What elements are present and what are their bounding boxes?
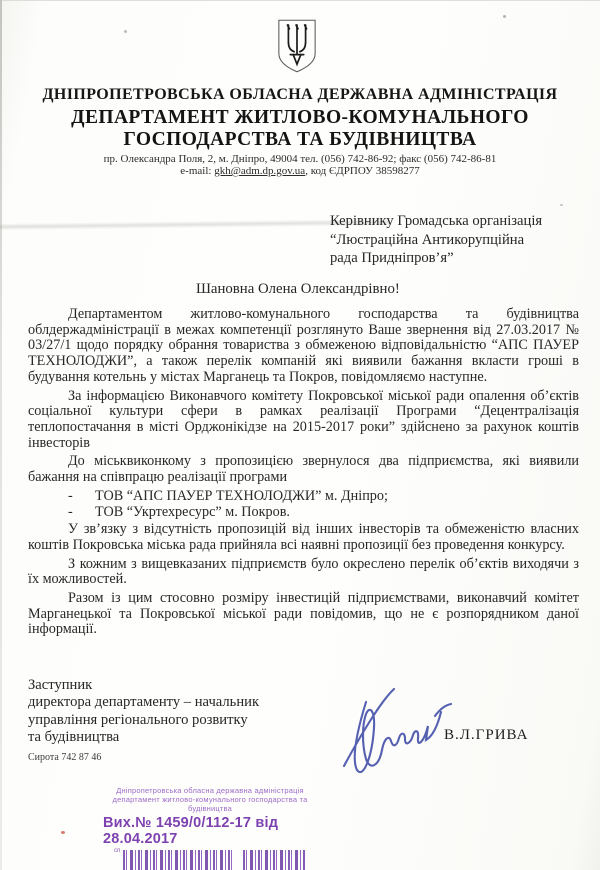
recipient-line: “Люстраційна Антикорупційна bbox=[330, 231, 542, 250]
recipient-block: Керівнику Громадська організація “Люстра… bbox=[330, 212, 542, 268]
recipient-line: рада Придніпров’я” bbox=[330, 249, 542, 268]
list-item-text: ТОВ “Укртехресурс” м. Покров. bbox=[95, 504, 290, 520]
executor-contact: Сирота 742 87 46 bbox=[28, 749, 259, 766]
signer-position-line: директора департаменту – начальник bbox=[28, 694, 259, 711]
barcode-icon bbox=[243, 850, 305, 870]
org-edrpou: , код ЄДРПОУ 38598277 bbox=[305, 165, 420, 177]
list-item: -ТОВ “Укртехресурс” м. Покров. bbox=[28, 505, 579, 521]
barcode-icon bbox=[123, 850, 233, 870]
department-name-line1: ДЕПАРТАМЕНТ ЖИТЛОВО-КОМУНАЛЬНОГО bbox=[0, 107, 600, 129]
body-paragraph: З кожним з вищевказаних підприємств було… bbox=[28, 557, 579, 588]
body-paragraph: Департаментом житлово-комунального госпо… bbox=[28, 307, 579, 386]
scan-edge-top bbox=[0, 0, 600, 1]
scan-speck bbox=[124, 30, 127, 33]
signer-position-line: управління регіонального розвитку bbox=[28, 712, 259, 729]
letter-body: Департаментом житлово-комунального госпо… bbox=[28, 307, 579, 641]
department-name-line2: ГОСПОДАРСТВА ТА БУДІВНИЦТВА bbox=[0, 129, 600, 151]
stamp-barcode-row: сп bbox=[95, 849, 325, 870]
recipient-line: Керівнику Громадська організація bbox=[330, 212, 542, 231]
body-paragraph: Разом із цим стосовно розміру інвестицій… bbox=[28, 591, 579, 638]
list-bullet: - bbox=[68, 489, 95, 505]
org-address-phone: пр. Олександра Поля, 2, м. Дніпро, 49004… bbox=[0, 153, 600, 165]
list-bullet: - bbox=[68, 505, 95, 521]
org-email: gkh@adm.dp.gov.ua bbox=[214, 165, 305, 177]
signer-position-block: Заступник директора департаменту – начал… bbox=[28, 677, 259, 766]
scanned-letter-page: ДНІПРОПЕТРОВСЬКА ОБЛАСНА ДЕРЖАВНА АДМІНІ… bbox=[0, 0, 600, 870]
salutation: Шановна Олена Олександрівно! bbox=[196, 281, 400, 298]
body-paragraph: У зв’язку з відсутність пропозицій від і… bbox=[28, 522, 579, 553]
ukraine-trident-emblem bbox=[276, 17, 318, 75]
ink-speck bbox=[61, 831, 65, 834]
handwritten-signature bbox=[336, 684, 454, 780]
signer-position-line: Заступник bbox=[28, 677, 259, 694]
org-name: ДНІПРОПЕТРОВСЬКА ОБЛАСНА ДЕРЖАВНА АДМІНІ… bbox=[0, 86, 600, 104]
stamp-outgoing-number: Вих.№ 1459/0/112-17 від 28.04.2017 bbox=[95, 815, 325, 847]
stamp-org-line1: Дніпропетровська обласна державна адміні… bbox=[95, 786, 325, 795]
body-paragraph: За інформацією Виконавчого комітету Покр… bbox=[28, 389, 579, 452]
list-item: -ТОВ “АПС ПАУЕР ТЕХНОЛОДЖИ” м. Дніпро; bbox=[28, 489, 579, 505]
email-label: e-mail: bbox=[180, 165, 214, 177]
signer-position-line: та будівництва bbox=[28, 729, 259, 746]
org-email-line: e-mail: gkh@adm.dp.gov.ua, код ЄДРПОУ 38… bbox=[0, 165, 600, 177]
signer-name: В.Л.ГРИВА bbox=[444, 727, 528, 744]
body-paragraph: До міськвиконкому з пропозицією звернуло… bbox=[28, 454, 579, 485]
barcode-prefix-label: сп bbox=[114, 848, 120, 854]
scan-speck bbox=[503, 15, 506, 18]
registration-stamp: Дніпропетровська обласна державна адміні… bbox=[95, 786, 325, 870]
stamp-org-line2: департамент житлово-комунального господа… bbox=[95, 795, 325, 813]
scan-speck bbox=[560, 204, 563, 206]
list-item-text: ТОВ “АПС ПАУЕР ТЕХНОЛОДЖИ” м. Дніпро; bbox=[95, 488, 388, 504]
